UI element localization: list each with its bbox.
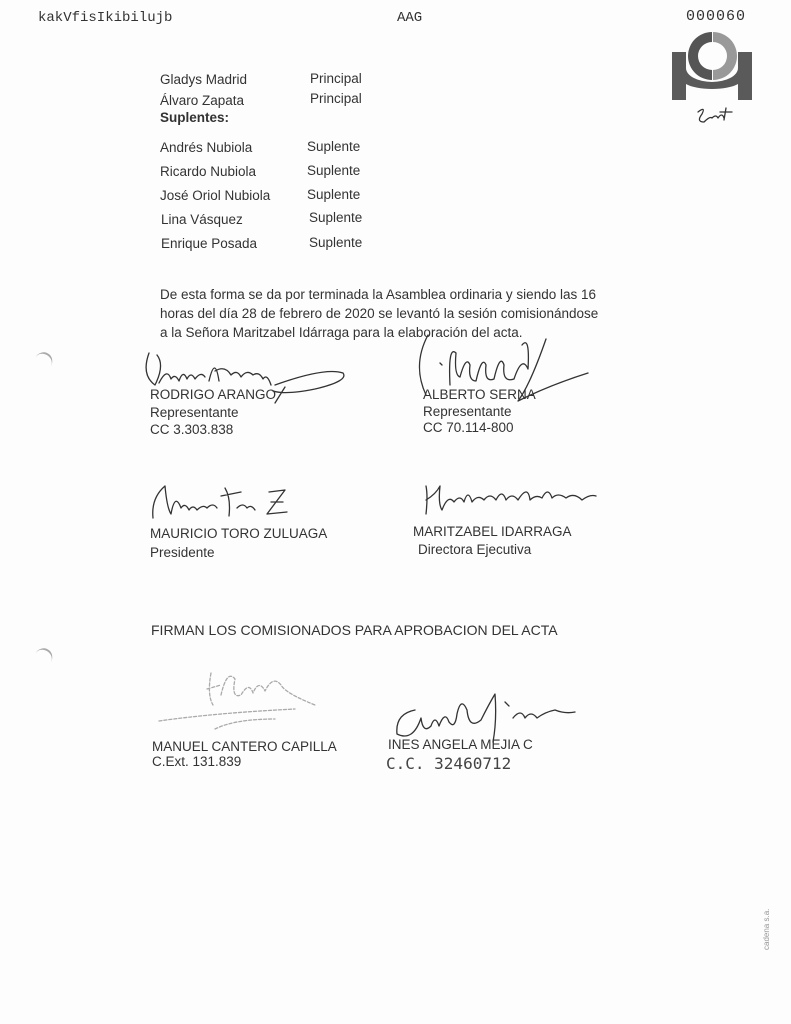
member-name: José Oriol Nubiola [160, 188, 270, 203]
signatory-id: CC 3.303.838 [150, 422, 233, 437]
member-role: Suplente [307, 139, 360, 154]
signatory-name: ALBERTO SERNA [423, 387, 536, 402]
commissioner-id: C.C. 32460712 [386, 754, 511, 773]
suplentes-heading: Suplentes: [160, 110, 229, 125]
member-name: Ricardo Nubiola [160, 164, 256, 179]
organization-logo [670, 28, 754, 102]
page-number: 000060 [686, 8, 746, 25]
signatory-name: RODRIGO ARANGO [150, 387, 276, 402]
commission-heading: FIRMAN LOS COMISIONADOS PARA APROBACION … [151, 622, 558, 638]
member-role: Suplente [309, 235, 362, 250]
signature-manuel-cantero [155, 665, 325, 740]
closing-line: horas del día 28 de febrero de 2020 se l… [160, 304, 650, 323]
signatory-title: Directora Ejecutiva [418, 542, 531, 557]
signatory-title: Presidente [150, 545, 215, 560]
signatory-name: MARITZABEL IDARRAGA [413, 524, 572, 539]
member-role: Suplente [309, 210, 362, 225]
commissioner-id: C.Ext. 131.839 [152, 754, 241, 769]
signatory-title: Representante [423, 404, 512, 419]
logo-initials-scribble [692, 104, 736, 128]
member-name: Álvaro Zapata [160, 93, 244, 108]
member-role: Suplente [307, 163, 360, 178]
signatory-title: Representante [150, 405, 239, 420]
closing-line: De esta forma se da por terminada la Asa… [160, 285, 650, 304]
member-role: Suplente [307, 187, 360, 202]
member-name: Andrés Nubiola [160, 140, 252, 155]
document-code: kakVfisIkibilujb [38, 10, 172, 26]
commissioner-name: INES ANGELA MEJIA C [388, 737, 533, 752]
binder-hole [30, 645, 56, 671]
commissioner-name: MANUEL CANTERO CAPILLA [152, 739, 337, 754]
signature-mauricio-toro [145, 478, 305, 524]
signature-maritzabel-idarraga [418, 480, 603, 520]
vendor-mark: cadena s.a. [762, 909, 771, 950]
document-initials: AAG [397, 10, 422, 26]
member-name: Gladys Madrid [160, 72, 247, 87]
member-role: Principal [310, 91, 362, 106]
member-name: Enrique Posada [161, 236, 257, 251]
binder-hole [30, 349, 56, 375]
member-role: Principal [310, 71, 362, 86]
signatory-id: CC 70.114-800 [423, 420, 514, 435]
member-name: Lina Vásquez [161, 212, 243, 227]
signatory-name: MAURICIO TORO ZULUAGA [150, 526, 327, 541]
